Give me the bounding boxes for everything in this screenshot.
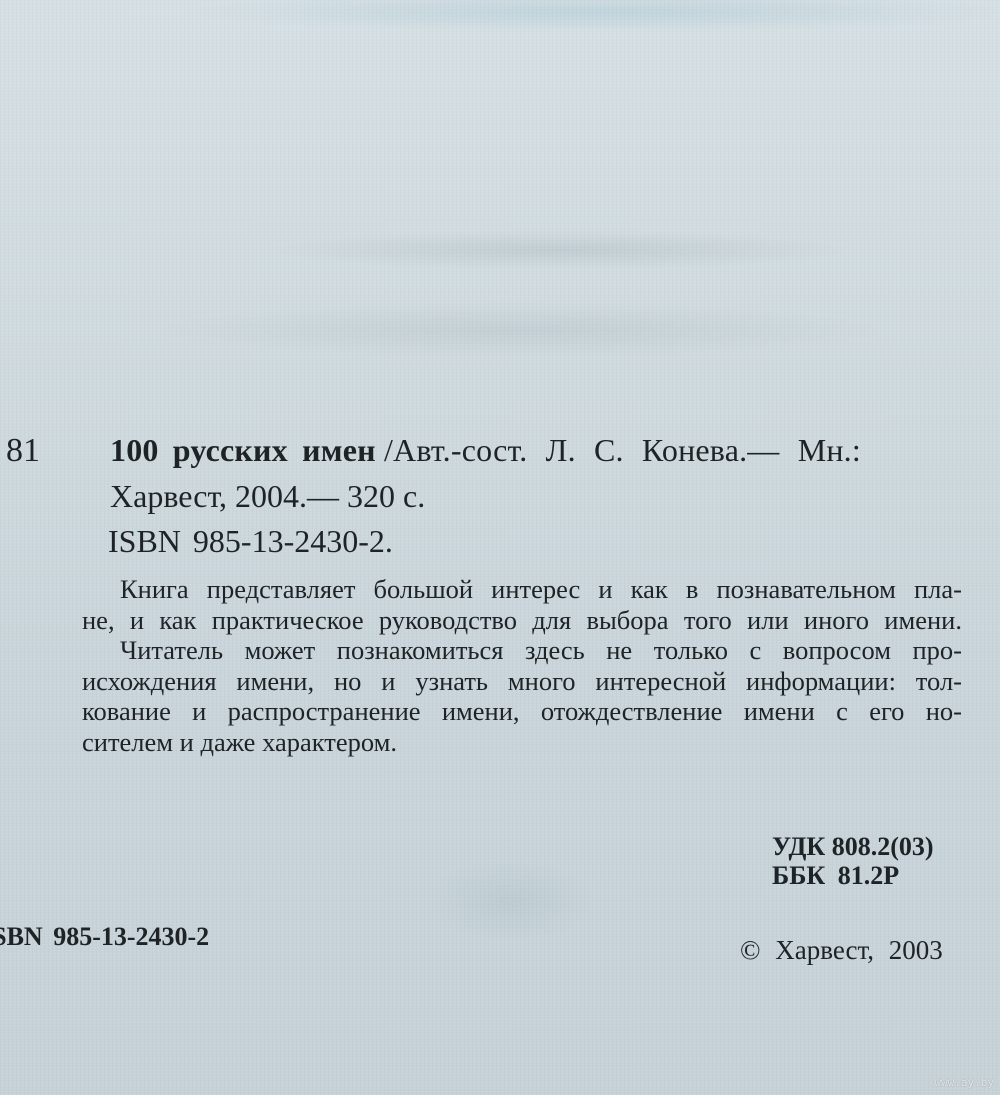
copyright-text: Харвест, 2003 bbox=[775, 935, 942, 965]
udk-code: УДК 808.2(03) bbox=[772, 832, 934, 862]
book-title: 100 русских имен bbox=[110, 432, 376, 468]
watermark: www.ay.by bbox=[934, 1076, 994, 1089]
bbk-code: ББК 81.2Р bbox=[772, 861, 899, 891]
abstract-line: Книга представляет большой интерес и как… bbox=[82, 574, 962, 605]
abstract-line: кование и распространение имени, отождес… bbox=[82, 696, 962, 727]
publication-line: Харвест, 2004.— 320 с. bbox=[110, 478, 425, 515]
isbn: ISBN 985-13-2430-2. bbox=[108, 523, 393, 560]
class-code: 81 bbox=[6, 432, 40, 470]
copyright-notice: © Харвест, 2003 bbox=[740, 935, 943, 966]
isbn-bottom-text: ISBN 985-13-2430-2 bbox=[0, 922, 209, 952]
copyright-icon: © bbox=[740, 935, 761, 965]
catalog-entry-heading: 100 русских имен /Авт.-сост. Л. С. Конев… bbox=[110, 432, 861, 469]
abstract-line: исхождения имени, но и узнать много инте… bbox=[82, 666, 962, 697]
abstract-line: сителем и даже характером. bbox=[82, 727, 962, 758]
book-abstract: Книга представляет большой интерес и как… bbox=[82, 574, 962, 757]
title-separator: / bbox=[384, 432, 393, 468]
responsibility-statement: Авт.-сост. Л. С. Конева.— Мн.: bbox=[393, 432, 861, 468]
isbn-bottom: ISBN 985-13-2430-2 bbox=[0, 922, 209, 952]
abstract-line: не, и как практическое руководство для в… bbox=[82, 605, 962, 636]
abstract-line: Читатель может познакомиться здесь не то… bbox=[82, 635, 962, 666]
